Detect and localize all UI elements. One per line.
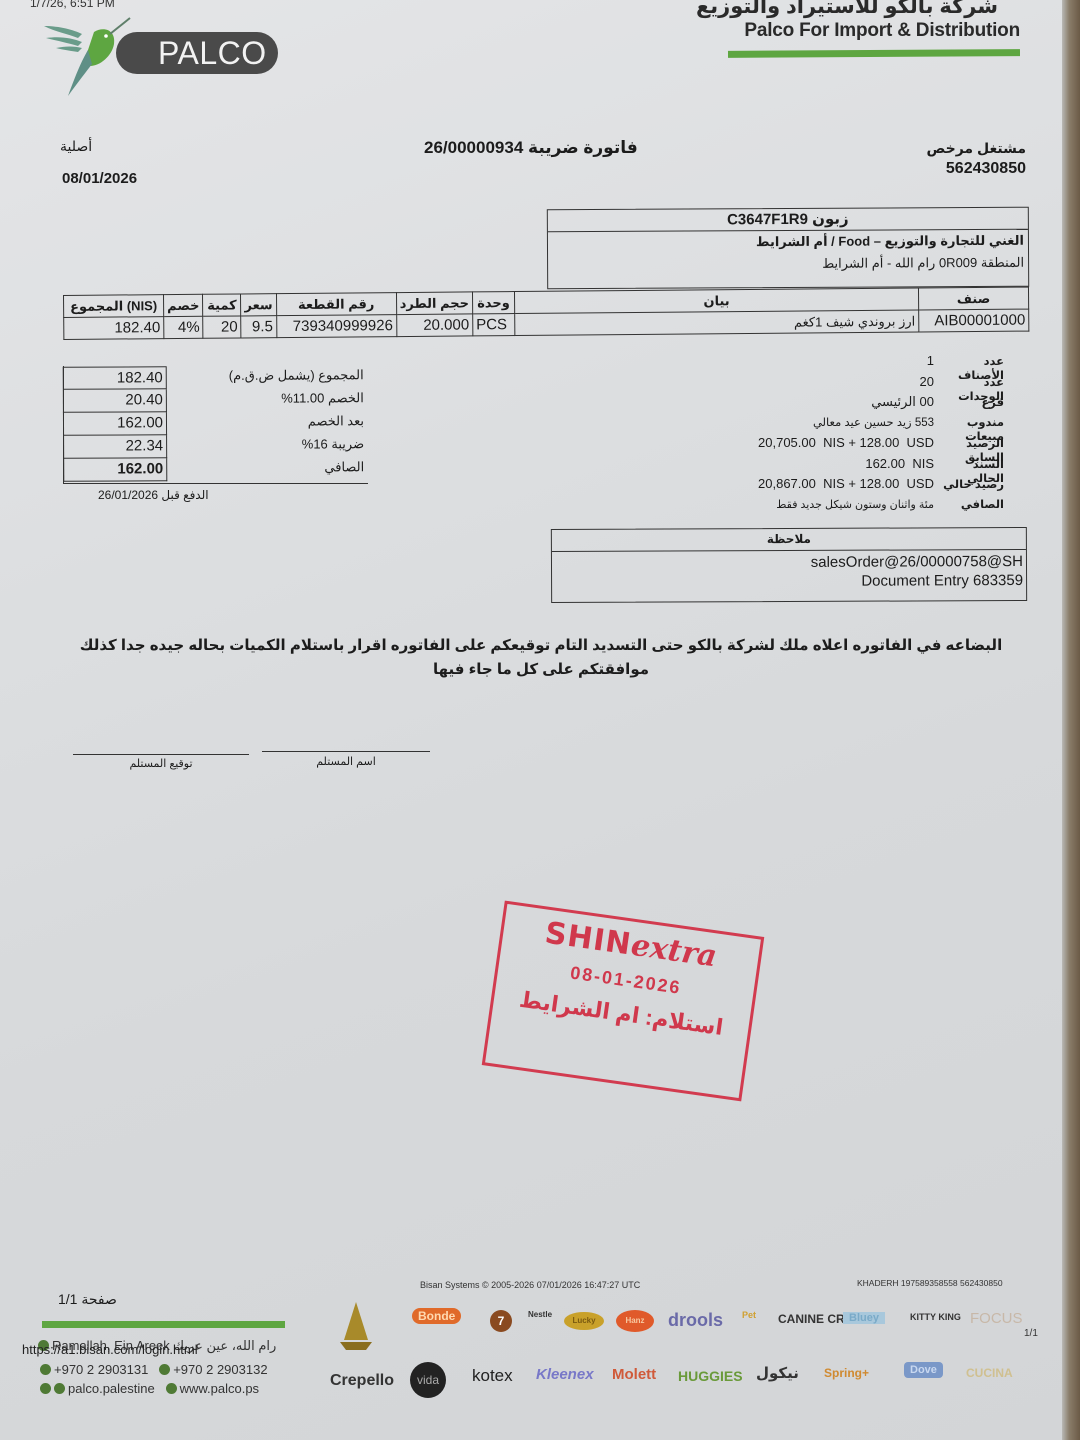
brand-7: 7 (490, 1310, 512, 1332)
brand-dove: Dove (904, 1362, 943, 1378)
background-edge (1062, 0, 1080, 1440)
col-total: المجموع (NIS) (64, 295, 164, 318)
footer-web: palco.palestine www.palco.ps (40, 1381, 259, 1396)
copy-label: أصلية (60, 138, 92, 155)
invoice-date: 08/01/2026 (62, 170, 137, 187)
customer-name: الغني للتجارة والتوزيع – Food / أم الشرا… (548, 230, 1028, 255)
brand-bluey: Bluey (843, 1312, 885, 1324)
summary-value: 162.00 NIS (865, 456, 942, 471)
licensed-dealer-label: مشتغل مرخص (927, 140, 1026, 157)
cell-pack-size: 20.000 (396, 314, 473, 337)
brand-huggies: HUGGIES (678, 1368, 743, 1384)
cell-discount: 4% (164, 316, 204, 338)
brand-kotex: kotex (472, 1366, 513, 1386)
summary-value: 20,705.00 NIS + 128.00 USD (758, 435, 942, 450)
brand-hanz: Hanz (616, 1310, 654, 1332)
brand-pet: Pet (742, 1310, 756, 1320)
after-discount-value: 162.00 (63, 412, 167, 436)
cell-description: ارز بروندي شيف 1كغم (515, 310, 919, 336)
customer-code: زبون C3647F1R9 (548, 208, 1028, 233)
col-barcode: رقم القطعة (276, 293, 396, 316)
brand-crepello: Crepello (330, 1372, 394, 1390)
brand-kitty-king: KITTY KING (910, 1312, 961, 1322)
customer-area: المنطقة 0R009 رام الله - أم الشرايط (548, 252, 1028, 277)
signature-line (73, 754, 249, 755)
totals-block: 182.40 المجموع (يشمل ض.ق.م) 20.40 الخصم … (63, 365, 369, 482)
receiver-signature-label: توقيع المستلم (73, 757, 249, 770)
notes-box: ملاحظة salesOrder@26/00000758@SH Documen… (551, 527, 1027, 603)
globe-icon (166, 1383, 177, 1394)
licensed-dealer-number: 562430850 (946, 160, 1026, 178)
cell-unit: PCS (473, 314, 515, 336)
summary-label: رصيد حالي (942, 477, 1004, 491)
company-name-arabic: شركة بالكو للاستيراد والتوزيع (696, 0, 998, 19)
brand-bonde: Bonde (412, 1308, 461, 1324)
totals-row: 162.00 الصافي (63, 457, 368, 482)
facebook-icon (40, 1383, 51, 1394)
net-value: 162.00 (63, 458, 167, 482)
brand-cucina: CUCINA (966, 1366, 1013, 1380)
brand-spring: Spring+ (824, 1366, 869, 1380)
cell-item: AIB00001000 (919, 309, 1029, 332)
brand-lucky: Lucky (564, 1312, 604, 1330)
summary-value: 1 (927, 353, 942, 368)
col-unit: وحدة (472, 292, 514, 314)
discount-label: الخصم 11.00% (167, 388, 368, 412)
tax-label: ضريبة 16% (167, 434, 368, 458)
invoice-title: فاتورة ضريبة 26/00000934 (424, 138, 638, 158)
ship-logo-icon (338, 1300, 374, 1356)
ownership-disclaimer: البضاعه في الفاتوره اعلاه ملك لشركة بالك… (56, 634, 1026, 682)
cell-total: 182.40 (64, 317, 164, 340)
user-line: KHADERH 197589358558 562430850 (857, 1278, 1003, 1288)
total-with-vat-value: 182.40 (63, 366, 167, 390)
brand-molett: Molett (612, 1366, 656, 1383)
totals-row: 182.40 المجموع (يشمل ض.ق.م) (63, 365, 368, 390)
cell-qty: 20 (203, 316, 241, 338)
customer-box: زبون C3647F1R9 الغني للتجارة والتوزيع – … (547, 207, 1029, 290)
summary-label: فرع (942, 395, 1004, 409)
after-discount-label: بعد الخصم (167, 411, 368, 435)
receiver-name-label: اسم المستلم (262, 755, 430, 768)
summary-value: 00 الرئيسي (871, 394, 942, 410)
total-with-vat-label: المجموع (يشمل ض.ق.م) (167, 365, 368, 389)
cell-barcode: 739340999926 (276, 315, 396, 338)
brand-nestle: Nestle (528, 1310, 552, 1319)
print-timestamp: 1/7/26, 6:51 PM (30, 0, 115, 10)
tax-value: 22.34 (63, 435, 167, 459)
brand-vida: vida (410, 1362, 446, 1398)
system-line: Bisan Systems © 2005-2026 07/01/2026 16:… (420, 1280, 640, 1290)
col-discount: خصم (164, 294, 204, 316)
printed-url: https://a1.bisan.com/login.html (22, 1342, 198, 1357)
brand-kleenex: Kleenex (536, 1366, 594, 1383)
col-item: صنف (918, 287, 1028, 310)
due-date: 26/01/2026 الدفع قبل (98, 488, 209, 502)
cell-price: 9.5 (241, 316, 276, 338)
brand-nicol: نيكول (756, 1364, 799, 1382)
brand-drools: drools (668, 1310, 723, 1331)
summary-value: 20,867.00 NIS + 128.00 USD (758, 476, 942, 491)
hummingbird-icon (38, 16, 148, 98)
name-line (262, 751, 430, 752)
discount-value: 20.40 (63, 389, 167, 413)
totals-row: 162.00 بعد الخصم (63, 411, 368, 436)
notes-line: salesOrder@26/00000758@SH (552, 552, 1026, 573)
footer-phones: +970 2 2903131 +970 2 2903132 (40, 1362, 268, 1377)
company-name-english: Palco For Import & Distribution (744, 20, 1020, 42)
instagram-icon (54, 1383, 65, 1394)
net-label: الصافي (167, 457, 368, 481)
notes-header: ملاحظة (552, 528, 1026, 552)
col-price: سعر (241, 294, 276, 316)
due-date-label: الدفع قبل (161, 488, 208, 502)
page-number: صفحة 1/1 (58, 1291, 117, 1308)
brand-focus: FOCUS (970, 1310, 1023, 1327)
phone-icon (40, 1364, 51, 1375)
notes-line: Document Entry 683359 (552, 571, 1026, 592)
totals-row: 22.34 ضريبة 16% (63, 434, 368, 459)
items-table: المجموع (NIS) خصم كمية سعر رقم القطعة حج… (63, 287, 1029, 340)
summary-label: الصافي (942, 497, 1004, 511)
due-date-value: 26/01/2026 (98, 488, 158, 502)
account-summary: 1عدد الأصناف 20عدد الوحدات 00 الرئيسيفرع… (684, 353, 1004, 517)
fax-icon (159, 1364, 170, 1375)
footer-page-count: 1/1 (1024, 1328, 1038, 1339)
col-qty: كمية (203, 294, 241, 316)
col-pack-size: حجم الطرد (396, 292, 473, 315)
summary-value: مئة واثنان وستون شيكل جديد فقط (776, 498, 942, 511)
summary-value: 553 زيد حسين عيد معالي (813, 415, 942, 429)
summary-value: 20 (920, 374, 942, 389)
totals-row: 20.40 الخصم 11.00% (63, 388, 368, 413)
palco-logo: PALCO (38, 16, 248, 98)
footer-divider (42, 1321, 285, 1328)
